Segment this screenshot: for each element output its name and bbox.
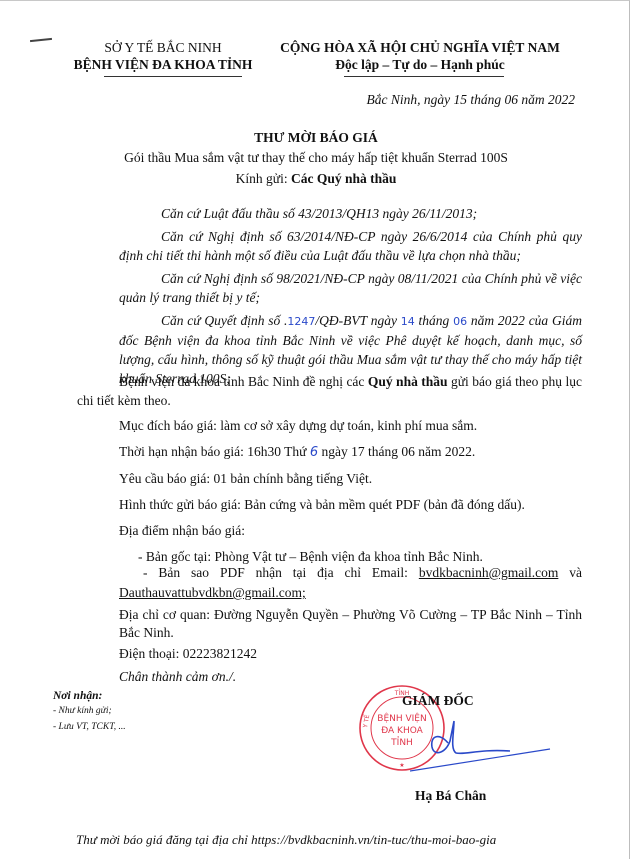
deadline: Thời hạn nhận báo giá: 16h30 Thứ 6 ngày … xyxy=(119,444,475,460)
decision-mid1: /QĐ-BVT ngày xyxy=(315,313,400,328)
national-title: CỘNG HÒA XÃ HỘI CHỦ NGHĨA VIỆT NAM xyxy=(270,39,570,56)
email-link-tender[interactable]: Dauthauvattubvdkbn@gmail.com; xyxy=(119,585,306,600)
recipient-item: - Lưu VT, TCKT, ... xyxy=(53,722,126,732)
request-bold: Quý nhà thầu xyxy=(368,374,448,389)
date-line: Bắc Ninh, ngày 15 tháng 06 năm 2022 xyxy=(0,92,575,108)
request-prefix: Bệnh viện đa khoa tỉnh Bắc Ninh đề nghị … xyxy=(119,374,368,389)
recipient-item: - Như kính gửi; xyxy=(53,706,112,716)
pdf-copy-paragraph: - Bản sao PDF nhận tại địa chỉ Email: bv… xyxy=(119,563,582,603)
legal-basis-1: Căn cứ Luật đấu thầu số 43/2013/QH13 ngà… xyxy=(119,204,582,223)
email-link-primary[interactable]: bvdkbacninh@gmail.com xyxy=(419,565,559,580)
decision-mid2: tháng xyxy=(415,313,453,328)
decision-prefix: Căn cứ Quyết định số . xyxy=(161,313,287,328)
handwritten-decision-number: 1247 xyxy=(287,315,315,328)
footer-note: Thư mời báo giá đăng tại địa chỉ https:/… xyxy=(76,832,496,848)
pdf-copy-and: và xyxy=(558,565,582,580)
phone: Điện thoại: 02223821242 xyxy=(119,646,257,662)
pdf-copy-prefix: - Bản sao PDF nhận tại địa chỉ Email: xyxy=(143,565,419,580)
legal-basis-3: Căn cứ Nghị định số 98/2021/NĐ-CP ngày 0… xyxy=(119,269,582,307)
signatory-name: Hạ Bá Chân xyxy=(415,788,486,804)
requirement: Yêu cầu báo giá: 01 bản chính bằng tiếng… xyxy=(119,471,372,487)
deadline-suffix: ngày 17 tháng 06 năm 2022. xyxy=(318,444,475,459)
recipients-label: Nơi nhận: xyxy=(53,690,102,702)
issuer-department: SỞ Y TẾ BẮC NINH xyxy=(68,39,258,56)
issuer-block: SỞ Y TẾ BẮC NINH BỆNH VIỆN ĐA KHOA TỈNH xyxy=(68,39,258,73)
location-label: Địa điểm nhận báo giá: xyxy=(119,523,245,539)
salutation: Kính gửi: Các Quý nhà thầu xyxy=(0,171,632,187)
document-page: SỞ Y TẾ BẮC NINH BỆNH VIỆN ĐA KHOA TỈNH … xyxy=(0,0,630,859)
closing: Chân thành cảm ơn./. xyxy=(119,669,236,685)
document-title: THƯ MỜI BÁO GIÁ xyxy=(0,130,632,146)
handwritten-weekday: 6 xyxy=(310,445,318,460)
national-motto: Độc lập – Tự do – Hạnh phúc xyxy=(270,56,570,73)
signature-scribble-icon xyxy=(410,713,570,773)
svg-text:★: ★ xyxy=(399,762,404,769)
handwritten-month: 06 xyxy=(453,315,467,328)
salutation-label: Kính gửi: xyxy=(236,171,291,186)
salutation-recipient: Các Quý nhà thầu xyxy=(291,171,396,186)
national-header: CỘNG HÒA XÃ HỘI CHỦ NGHĨA VIỆT NAM Độc l… xyxy=(270,39,570,73)
handwritten-day: 14 xyxy=(401,315,415,328)
document-subtitle: Gói thầu Mua sắm vật tư thay thế cho máy… xyxy=(0,150,632,166)
office-address: Địa chỉ cơ quan: Đường Nguyễn Quyền – Ph… xyxy=(119,606,582,642)
signatory-title: GIÁM ĐỐC xyxy=(402,693,474,709)
purpose: Mục đích báo giá: làm cơ sở xây dựng dự … xyxy=(119,418,477,434)
motto-underline xyxy=(344,76,504,77)
deadline-prefix: Thời hạn nhận báo giá: 16h30 Thứ xyxy=(119,444,310,459)
request-paragraph: Bệnh viện đa khoa tỉnh Bắc Ninh đề nghị … xyxy=(77,372,582,410)
issuer-hospital: BỆNH VIỆN ĐA KHOA TỈNH xyxy=(68,56,258,73)
legal-basis-2: Căn cứ Nghị định số 63/2014/NĐ-CP ngày 2… xyxy=(119,227,582,265)
scan-mark xyxy=(30,38,52,42)
submission-format: Hình thức gửi báo giá: Bản cứng và bản m… xyxy=(119,497,525,513)
issuer-underline xyxy=(104,76,242,77)
